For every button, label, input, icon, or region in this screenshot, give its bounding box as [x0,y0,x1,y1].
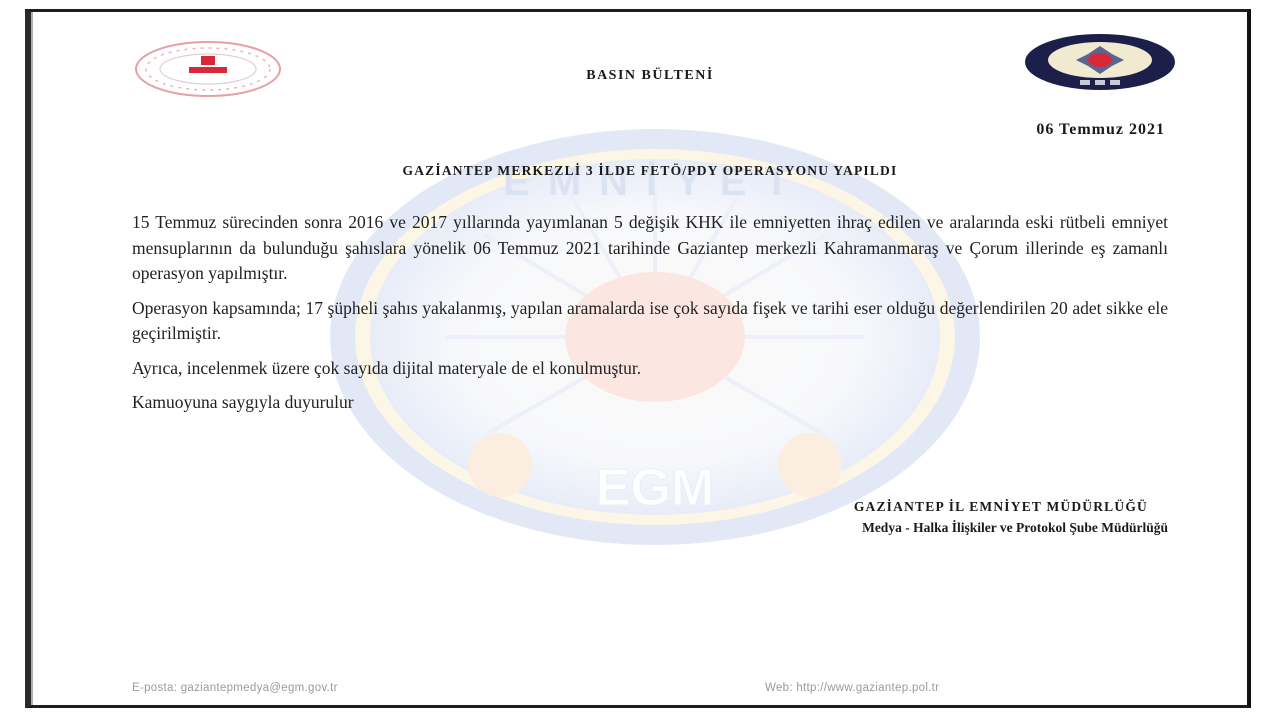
closing-line: Kamuoyuna saygıyla duyurulur [132,390,1168,416]
body-paragraph: Operasyon kapsamında; 17 şüpheli şahıs y… [132,296,1168,347]
body-paragraph: 15 Temmuz sürecinden sonra 2016 ve 2017 … [132,210,1168,287]
press-release-body: 15 Temmuz sürecinden sonra 2016 ve 2017 … [132,210,1168,425]
footer-email: E-posta: gaziantepmedya@egm.gov.tr [132,682,338,694]
body-paragraph: Ayrıca, incelenmek üzere çok sayıda diji… [132,356,1168,382]
footer-website: Web: http://www.gaziantep.pol.tr [765,682,939,694]
police-emblem-icon [1022,32,1178,92]
signature-directorate: GAZİANTEP İL EMNİYET MÜDÜRLÜĞÜ [854,496,1148,517]
signature-block: GAZİANTEP İL EMNİYET MÜDÜRLÜĞÜ Medya - H… [854,496,1168,538]
bulletin-title: BASIN BÜLTENİ [520,68,780,84]
headline: GAZİANTEP MERKEZLİ 3 İLDE FETÖ/PDY OPERA… [130,163,1170,179]
interior-ministry-seal-icon [133,40,283,98]
release-date: 06 Temmuz 2021 [1036,121,1165,139]
signature-department: Medya - Halka İlişkiler ve Protokol Şube… [854,517,1168,538]
